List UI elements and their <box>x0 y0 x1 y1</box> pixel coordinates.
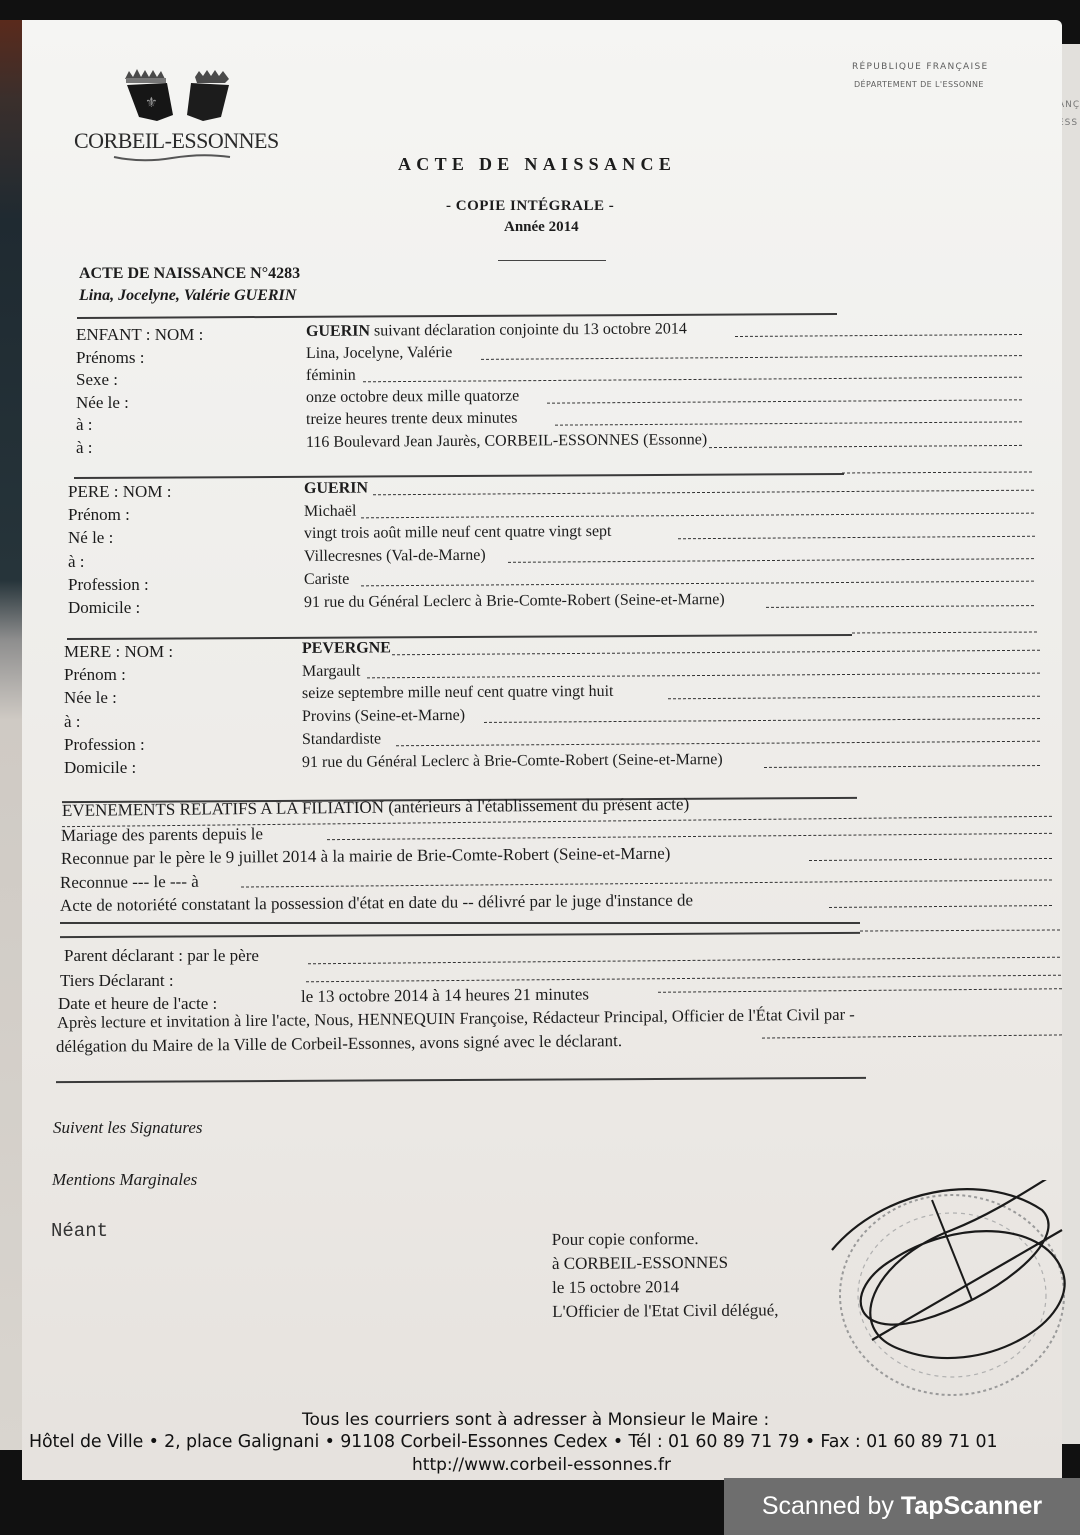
dash-fill <box>852 632 1037 634</box>
watermark-prefix: Scanned by <box>762 1492 894 1521</box>
field-label: Prénoms : <box>76 348 144 368</box>
filiation-line: Reconnue --- le --- à <box>60 872 199 893</box>
certified-copy-line: Pour copie conforme. <box>552 1226 778 1252</box>
field-label: Sexe : <box>76 370 118 390</box>
filiation-heading: EVENEMENTS RELATIFS A LA FILIATION (anté… <box>62 794 689 821</box>
document-year: Année 2014 <box>504 219 579 236</box>
background-left-edge <box>0 20 22 1450</box>
filiation-line: Reconnue par le père le 9 juillet 2014 à… <box>60 844 670 869</box>
field-value: seize septembre mille neuf cent quatre v… <box>302 683 614 703</box>
certified-copy-officer: L'Officier de l'Etat Civil délégué, <box>552 1298 778 1324</box>
act-number: ACTE DE NAISSANCE N°4283 <box>79 265 300 283</box>
dash-fill <box>327 833 1052 840</box>
watermark-brand: TapScanner <box>901 1492 1042 1521</box>
dash-fill <box>766 605 1034 608</box>
certified-copy-block: Pour copie conforme. à CORBEIL-ESSONNES … <box>552 1226 779 1324</box>
field-label: MERE : NOM : <box>64 642 173 662</box>
dash-fill <box>361 580 1034 586</box>
divider <box>498 260 606 261</box>
footer-mail-notice: Tous les courriers sont à adresser à Mon… <box>302 1410 769 1430</box>
dash-fill <box>555 422 1022 426</box>
dash-fill <box>547 400 1022 404</box>
field-label: Née le : <box>76 393 129 413</box>
tiers-declarant-label: Tiers Déclarant : <box>60 971 174 991</box>
scanner-watermark: Scanned byTapScanner <box>724 1478 1080 1535</box>
dash-fill <box>241 879 1052 887</box>
dash-fill <box>658 988 1062 993</box>
field-label: Domicile : <box>64 758 136 778</box>
certified-copy-place: à CORBEIL-ESSONNES <box>552 1250 778 1276</box>
section-rule <box>67 634 852 640</box>
section-rule <box>77 313 837 318</box>
dash-fill <box>860 929 1060 931</box>
field-label: Née le : <box>64 688 117 708</box>
field-value: Lina, Jocelyne, Valérie <box>306 344 452 363</box>
footer-address: Hôtel de Ville • 2, place Galignani • 91… <box>29 1432 997 1452</box>
field-value: vingt trois août mille neuf cent quatre … <box>304 523 612 543</box>
department-label: DÉPARTEMENT DE L'ESSONNE <box>854 80 984 89</box>
dash-fill <box>484 718 1040 723</box>
field-label: à : <box>64 712 81 732</box>
field-label: Profession : <box>64 735 145 755</box>
ribbon-icon <box>112 153 232 163</box>
field-value: Cariste <box>304 570 349 588</box>
field-value: 91 rue du Général Leclerc à Brie-Comte-R… <box>302 751 723 772</box>
dash-fill <box>396 741 1040 746</box>
copy-type: - COPIE INTÉGRALE - <box>446 198 614 215</box>
field-value: Michaël <box>304 502 357 520</box>
field-value: GUERIN suivant déclaration conjointe du … <box>306 320 687 341</box>
dash-fill <box>764 765 1040 768</box>
field-value: Standardiste <box>302 730 381 749</box>
section-rule <box>60 922 860 924</box>
dash-fill <box>735 334 1022 337</box>
field-value: 91 rue du Général Leclerc à Brie-Comte-R… <box>304 591 725 612</box>
dash-fill <box>762 1034 1062 1038</box>
dash-fill <box>481 355 1022 360</box>
field-label: PERE : NOM : <box>68 482 171 502</box>
section-rule <box>60 932 860 938</box>
act-person-name: Lina, Jocelyne, Valérie GUERIN <box>79 287 296 305</box>
official-stamp-and-signature <box>812 1180 1072 1410</box>
dash-fill <box>842 472 1032 474</box>
field-value: féminin <box>306 367 356 385</box>
field-label: ENFANT : NOM : <box>76 325 203 345</box>
field-label: Né le : <box>68 528 113 548</box>
field-value: treize heures trente deux minutes <box>306 410 518 429</box>
certified-copy-date: le 15 octobre 2014 <box>552 1274 778 1300</box>
filiation-line: Acte de notoriété constatant la possessi… <box>59 890 692 916</box>
field-label: à : <box>76 438 93 458</box>
dash-fill <box>308 957 1060 965</box>
field-label: Domicile : <box>68 598 140 618</box>
field-value: GUERIN <box>304 480 368 498</box>
city-logo-text: CORBEIL-ESSONNES <box>74 128 279 154</box>
dash-fill <box>709 444 1022 447</box>
dash-fill <box>678 536 1034 539</box>
dash-fill <box>361 512 1034 518</box>
act-date-value: le 13 octobre 2014 à 14 heures 21 minute… <box>301 984 589 1007</box>
coat-of-arms-icon: ⚜ <box>117 65 247 125</box>
birth-certificate-page: ⚜ CORBEIL-ESSONNES RÉPUBLIQUE FRANÇAISE … <box>22 20 1062 1480</box>
dash-fill <box>809 858 1052 861</box>
field-label: à : <box>68 552 85 572</box>
field-value: Villecresnes (Val-de-Marne) <box>304 547 486 566</box>
field-value: PEVERGNE <box>302 639 391 658</box>
dash-fill <box>306 975 1061 983</box>
field-value: Provins (Seine-et-Marne) <box>302 707 465 726</box>
section-rule <box>74 473 844 479</box>
field-value: Margault <box>302 662 360 680</box>
dash-fill <box>363 377 1022 383</box>
dash-fill <box>668 696 1040 700</box>
signatures-label: Suivent les Signatures <box>53 1118 203 1138</box>
dash-fill <box>367 672 1040 678</box>
marginal-mentions-label: Mentions Marginales <box>52 1170 197 1190</box>
field-label: à : <box>76 415 93 435</box>
field-label: Prénom : <box>64 665 126 685</box>
field-value: 116 Boulevard Jean Jaurès, CORBEIL-ESSON… <box>306 431 707 452</box>
republic-label: RÉPUBLIQUE FRANÇAISE <box>852 62 988 72</box>
parent-declarant: Parent déclarant : par le père <box>64 946 259 966</box>
marginal-mentions-value: Néant <box>51 1220 108 1242</box>
section-rule <box>56 1077 866 1083</box>
svg-text:⚜: ⚜ <box>145 95 158 111</box>
field-label: Profession : <box>68 575 149 595</box>
footer-website-link[interactable]: http://www.corbeil-essonnes.fr <box>412 1455 671 1475</box>
closing-statement-line-2: délégation du Maire de la Ville de Corbe… <box>56 1031 622 1057</box>
dash-fill <box>508 558 1034 563</box>
document-title: ACTE DE NAISSANCE <box>398 154 676 175</box>
dash-fill <box>373 490 1034 496</box>
field-value: onze octobre deux mille quatorze <box>306 388 519 407</box>
field-label: Prénom : <box>68 505 130 525</box>
dash-fill <box>829 905 1052 908</box>
filiation-line: Mariage des parents depuis le <box>61 824 263 846</box>
dash-fill <box>392 650 1040 656</box>
